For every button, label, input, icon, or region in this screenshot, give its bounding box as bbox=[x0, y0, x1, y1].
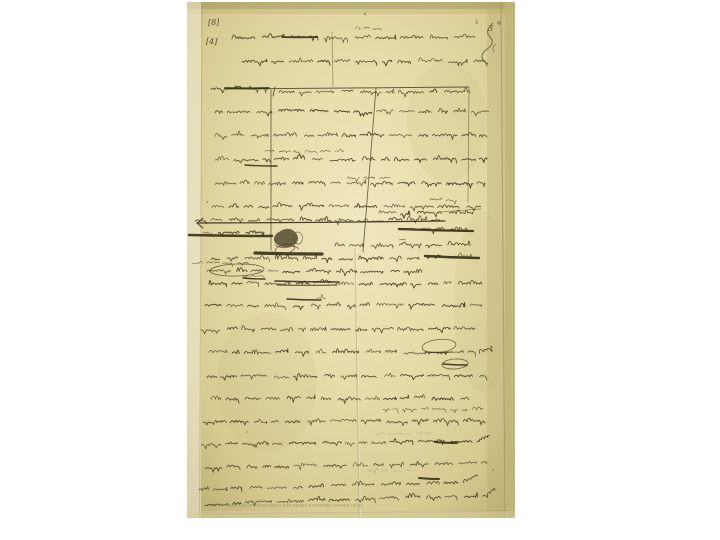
folio-number-upper: [8] bbox=[208, 19, 220, 28]
top-edge-band-soft bbox=[187, 9, 515, 14]
folio-number-lower: [4] bbox=[206, 38, 218, 46]
top-edge-band bbox=[187, 2, 515, 9]
page-number: 3 bbox=[488, 24, 493, 33]
slide-canvas: [8] [4] x 3 © Reproduced with the permis… bbox=[0, 0, 720, 540]
photo-credit-caption: © Reproduced with the permission of the … bbox=[221, 504, 363, 508]
bottom-edge-band bbox=[187, 511, 515, 518]
manuscript-photo: [8] [4] x 3 © Reproduced with the permis… bbox=[187, 2, 515, 518]
manuscript-art bbox=[187, 2, 515, 518]
left-margin-strip bbox=[187, 2, 201, 518]
superscript-mark: x bbox=[475, 19, 478, 26]
